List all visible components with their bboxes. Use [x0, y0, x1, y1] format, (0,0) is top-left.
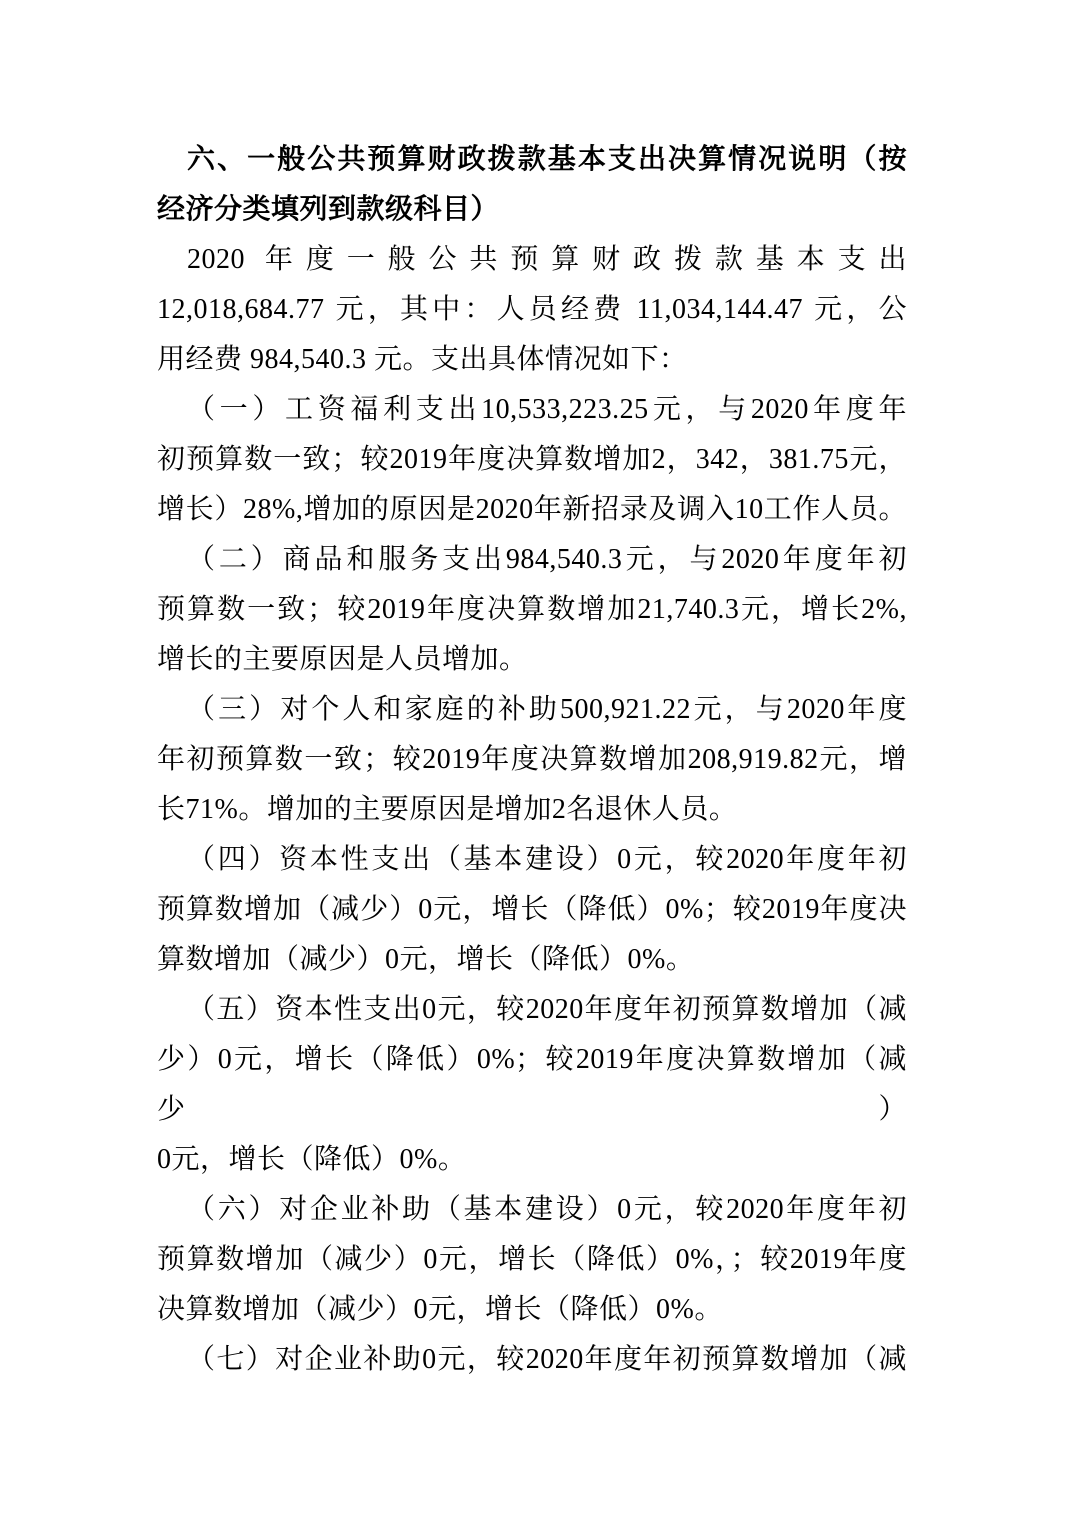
paragraph-item-7-enterprise-subsidy: （七）对企业补助0元，较2020年度年初预算数增加（减: [157, 1335, 907, 1385]
document-title: 六、一般公共预算财政拨款基本支出决算情况说明（按 经济分类填列到款级科目）: [157, 135, 907, 235]
text-line: 长71%。增加的主要原因是增加2名退休人员。: [157, 785, 907, 835]
text-line: （一）工资福利支出10,533,223.25元，与2020年度年: [157, 385, 907, 435]
text-line: （三）对个人和家庭的补助500,921.22元，与2020年度: [157, 685, 907, 735]
text-line: 增长）28%,增加的原因是2020年新招录及调入10工作人员。: [157, 485, 907, 535]
text-line: （五）资本性支出0元，较2020年度年初预算数增加（减: [157, 985, 907, 1035]
paragraph-item-3-individual-subsidies: （三）对个人和家庭的补助500,921.22元，与2020年度 年初预算数一致；…: [157, 685, 907, 835]
paragraph-item-4-capital-construction: （四）资本性支出（基本建设）0元，较2020年度年初 预算数增加（减少）0元，增…: [157, 835, 907, 985]
document-page: 六、一般公共预算财政拨款基本支出决算情况说明（按 经济分类填列到款级科目） 20…: [0, 0, 1074, 1520]
paragraph-item-6-enterprise-subsidy-construction: （六）对企业补助（基本建设）0元，较2020年度年初 预算数增加（减少）0元，增…: [157, 1185, 907, 1335]
document-content: 六、一般公共预算财政拨款基本支出决算情况说明（按 经济分类填列到款级科目） 20…: [0, 0, 1074, 1520]
text-line: 0元，增长（降低）0%。: [157, 1135, 907, 1185]
paragraph-item-1-wages: （一）工资福利支出10,533,223.25元，与2020年度年 初预算数一致；…: [157, 385, 907, 535]
text-line: 2020 年度一般公共预算财政拨款基本支出: [157, 235, 907, 285]
text-line: 算数增加（减少）0元，增长（降低）0%。: [157, 935, 907, 985]
paragraph-item-2-goods-services: （二）商品和服务支出984,540.3元，与2020年度年初 预算数一致；较20…: [157, 535, 907, 685]
text-line: （七）对企业补助0元，较2020年度年初预算数增加（减: [157, 1335, 907, 1385]
text-line: 决算数增加（减少）0元，增长（降低）0%。: [157, 1285, 907, 1335]
text-line: 用经费 984,540.3 元。支出具体情况如下：: [157, 335, 907, 385]
document-title-line-2: 经济分类填列到款级科目）: [157, 185, 907, 235]
text-line: 年初预算数一致；较2019年度决算数增加208,919.82元，增: [157, 735, 907, 785]
text-line: 预算数增加（减少）0元，增长（降低）0%，；较2019年度: [157, 1235, 907, 1285]
text-line: 增长的主要原因是人员增加。: [157, 635, 907, 685]
text-line: （二）商品和服务支出984,540.3元，与2020年度年初: [157, 535, 907, 585]
text-line: （六）对企业补助（基本建设）0元，较2020年度年初: [157, 1185, 907, 1235]
paragraph-item-5-capital-expenditure: （五）资本性支出0元，较2020年度年初预算数增加（减 少）0元，增长（降低）0…: [157, 985, 907, 1185]
text-line: （四）资本性支出（基本建设）0元，较2020年度年初: [157, 835, 907, 885]
paragraph-overview: 2020 年度一般公共预算财政拨款基本支出 12,018,684.77 元，其中…: [157, 235, 907, 385]
text-line: 初预算数一致；较2019年度决算数增加2，342，381.75元，: [157, 435, 907, 485]
document-title-line-1: 六、一般公共预算财政拨款基本支出决算情况说明（按: [157, 135, 907, 185]
text-line: 12,018,684.77 元，其中：人员经费 11,034,144.47 元，…: [157, 285, 907, 335]
text-line: 少）0元，增长（降低）0%；较2019年度决算数增加（减少）: [157, 1035, 907, 1135]
text-line: 预算数增加（减少）0元，增长（降低）0%；较2019年度决: [157, 885, 907, 935]
text-line: 预算数一致；较2019年度决算数增加21,740.3元，增长2%,: [157, 585, 907, 635]
